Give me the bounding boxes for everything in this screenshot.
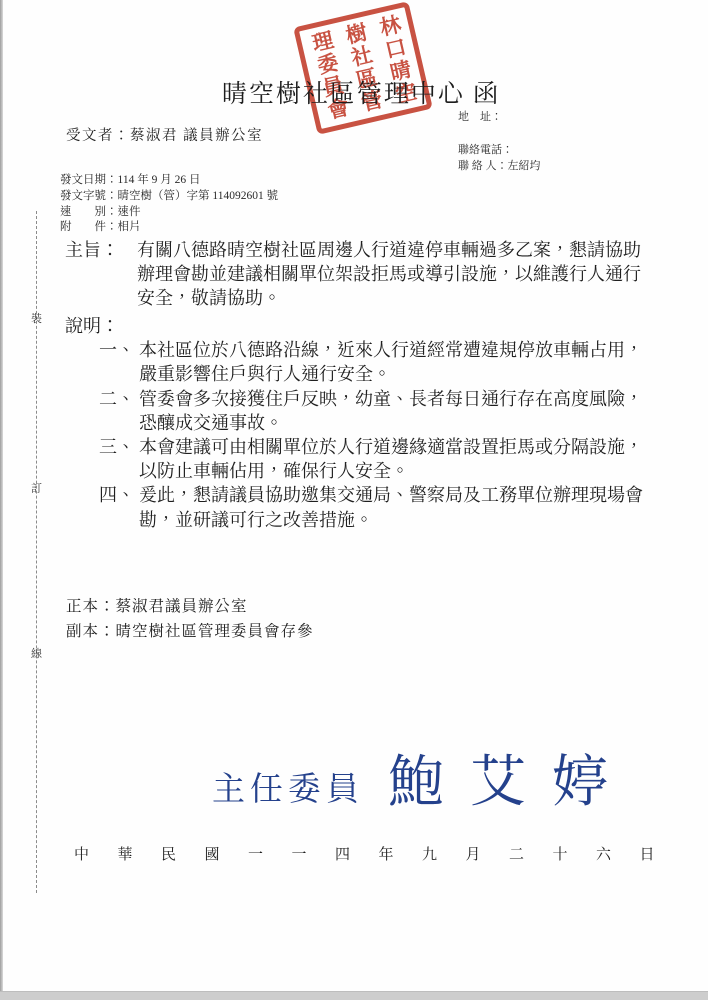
meta-attachment: 附 件：相片 [60, 220, 278, 236]
recipient-line: 受文者：蔡淑君 議員辦公室 [66, 124, 263, 145]
meta-value: 速件 [118, 206, 141, 218]
contact-phone-row: 聯絡電話： [458, 141, 513, 157]
official-seal-stamp: 林口晴空 樹社區管 理委員會 [293, 1, 433, 135]
roc-date-line: 中華民國一一四年九月二十六日 [74, 843, 683, 864]
meta-value: 114 年 9 月 26 日 [118, 174, 201, 186]
meta-label: 發文字號： [60, 190, 118, 202]
meta-label: 發文日期： [60, 174, 118, 186]
cc-copy-line: 副本：晴空樹社區管理委員會存參 [66, 619, 314, 644]
explanation-item-2: 二、 管委會多次接獲住戶反映，幼童、長者每日通行存在高度風險，恐釀成交通事故。 [99, 387, 651, 435]
item-text: 爰此，懇請議員協助邀集交通局、警察局及工務單位辦理現場會勘，並研議可行之改善措施… [139, 483, 651, 531]
item-number: 四、 [99, 483, 139, 531]
meta-label: 速 別： [60, 206, 118, 218]
explanation-item-3: 三、 本會建議可由相關單位於人行道邊緣適當設置拒馬或分隔設施，以防止車輛佔用，確… [99, 435, 651, 483]
cc-copy-label: 副本： [66, 623, 116, 640]
scan-left-edge [0, 0, 3, 1000]
subject-text: 有關八德路晴空樹社區周邊人行道違停車輛過多乙案，懇請協助辦理會勘並建議相關單位架… [137, 238, 649, 311]
item-number: 三、 [99, 435, 139, 483]
meta-value: 晴空樹（管）字第 114092601 號 [118, 190, 279, 202]
explanation-section: 說明： 一、 本社區位於八德路沿線，近來人行道經常遭違規停放車輛占用，嚴重影響住… [65, 314, 651, 532]
explanation-label: 說明： [65, 314, 651, 338]
phone-label: 聯絡電話： [458, 144, 513, 156]
meta-reference-number: 發文字號：晴空樹（管）字第 114092601 號 [60, 189, 278, 205]
recipient-value: 蔡淑君 議員辦公室 [130, 128, 263, 144]
item-text: 本社區位於八德路沿線，近來人行道經常遭違規停放車輛占用，嚴重影響住戶與行人通行安… [139, 338, 651, 386]
address-label: 地 址： [458, 111, 502, 123]
binding-mark-zhuang: 裝 [28, 310, 45, 326]
person-label: 聯 絡 人： [458, 160, 508, 172]
original-copy-value: 蔡淑君議員辦公室 [116, 598, 248, 615]
item-text: 本會建議可由相關單位於人行道邊緣適當設置拒馬或分隔設施，以防止車輛佔用，確保行人… [139, 435, 651, 483]
contact-person-row: 聯 絡 人：左紹均 [458, 157, 541, 173]
official-letter-page: 裝 訂 線 林口晴空 樹社區管 理委員會 晴空樹社區管理中心 函 受文者：蔡淑君… [0, 0, 708, 1000]
meta-label: 附 件： [60, 221, 118, 233]
original-copy-label: 正本： [66, 598, 116, 615]
meta-value: 相片 [118, 221, 141, 233]
copies-block: 正本：蔡淑君議員辦公室 副本：晴空樹社區管理委員會存參 [66, 594, 314, 644]
original-copy-line: 正本：蔡淑君議員辦公室 [66, 594, 314, 619]
scan-bottom-edge [0, 991, 708, 1000]
subject-label: 主旨： [65, 238, 137, 311]
meta-priority: 速 別：速件 [60, 205, 278, 221]
item-text: 管委會多次接獲住戶反映，幼童、長者每日通行存在高度風險，恐釀成交通事故。 [139, 387, 651, 435]
item-number: 一、 [99, 338, 139, 386]
binding-mark-ding: 訂 [28, 480, 45, 496]
signature-name: 鮑 艾 婷 [388, 753, 614, 815]
binding-mark-xian: 線 [28, 645, 45, 661]
recipient-label: 受文者： [66, 128, 130, 144]
cc-copy-value: 晴空樹社區管理委員會存參 [116, 623, 314, 640]
item-number: 二、 [99, 387, 139, 435]
document-title: 晴空樹社區管理中心 函 [0, 74, 708, 110]
person-value: 左紹均 [508, 160, 541, 172]
explanation-item-4: 四、 爰此，懇請議員協助邀集交通局、警察局及工務單位辦理現場會勘，並研議可行之改… [99, 483, 651, 531]
explanation-item-1: 一、 本社區位於八德路沿線，近來人行道經常遭違規停放車輛占用，嚴重影響住戶與行人… [99, 338, 651, 386]
signature-title: 主任委員 [212, 771, 364, 811]
subject-section: 主旨： 有關八德路晴空樹社區周邊人行道違停車輛過多乙案，懇請協助辦理會勘並建議相… [65, 238, 649, 311]
contact-address-row: 地 址： [458, 108, 502, 124]
meta-issue-date: 發文日期：114 年 9 月 26 日 [60, 173, 278, 189]
document-meta-block: 發文日期：114 年 9 月 26 日 發文字號：晴空樹（管）字第 114092… [60, 173, 278, 236]
